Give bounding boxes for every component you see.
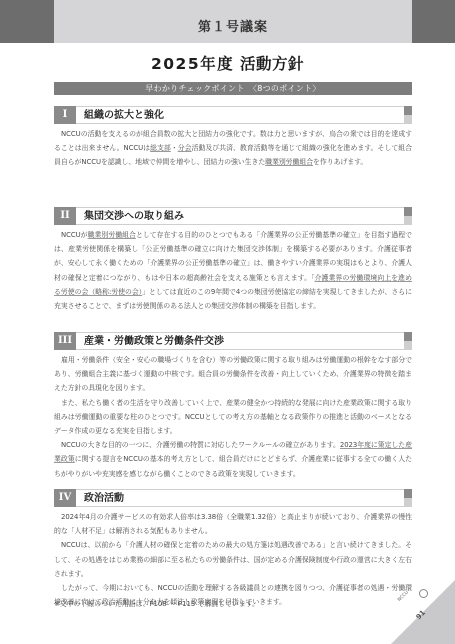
section-body-3: 雇用・労働条件（安全・安心の職場づくりを含む）等の労働政策に関する取り組みは労働…: [54, 353, 412, 481]
section-marker: [404, 498, 412, 507]
section-body-4: 2024年4月の介護サービスの有効求人倍率は3.38倍（全職業1.32倍）と高止…: [54, 510, 412, 609]
title-year: 2025年度: [151, 55, 234, 73]
section-body-1: NCCUの活動を支えるのが組合員数の拡大と団結力の強化です。数は力と思いますが、…: [54, 127, 412, 170]
paragraph: NCCUが職業別労働組合として存在する目的のひとつでもある「介護業界の公正労働基…: [54, 228, 412, 313]
section-numeral: I: [54, 106, 76, 124]
section-title: 組織の拡大と強化: [84, 107, 164, 124]
section-title: 産業・労働政策と労働条件交渉: [84, 333, 224, 350]
section-marker: [404, 216, 412, 225]
section-title: 政治活動: [84, 490, 124, 507]
paragraph: NCCUの活動を支えるのが組合員数の拡大と団結力の強化です。数は力と思いますが、…: [54, 127, 412, 170]
section-marker: [404, 489, 412, 498]
section-title: 集団交渉への取り組み: [84, 208, 184, 225]
glossary-term[interactable]: 職業別労働組合: [88, 231, 136, 239]
paragraph: 雇用・労働条件（安全・安心の職場づくりを含む）等の労働政策に関する取り組みは労働…: [54, 353, 412, 396]
section-numeral: II: [54, 207, 76, 225]
glossary-term[interactable]: 分会: [178, 144, 192, 152]
page-title: 2025年度 活動方針: [0, 52, 455, 74]
section-header-2: II 集団交渉への取り組み: [54, 207, 412, 225]
banner-right-block: [412, 0, 455, 43]
section-marker: [404, 207, 412, 216]
section-marker: [404, 341, 412, 350]
title-text: 活動方針: [240, 55, 304, 73]
paragraph: NCCUは、以前から「介護人材の確保と定着のための最大の処方箋は処遇改善である」…: [54, 538, 412, 581]
paragraph: 2024年4月の介護サービスの有効求人倍率は3.38倍（全職業1.32倍）と高止…: [54, 510, 412, 538]
section-header-3: III 産業・労働政策と労働条件交渉: [54, 332, 412, 350]
banner-left-block: [0, 0, 54, 43]
section-marker: [404, 106, 412, 115]
section-numeral: IV: [54, 489, 76, 507]
paragraph: NCCUの大きな目的の一つに、介護労働の特質に対応したワークルールの確立がありま…: [54, 438, 412, 481]
top-banner: 第１号議案: [0, 0, 455, 43]
section-header-1: I 組織の拡大と強化: [54, 106, 412, 124]
footnote: ※文中の下線のついた用語は、P108 ～ P113 で解説しています。: [54, 598, 259, 608]
section-marker: [404, 115, 412, 124]
paragraph: また、私たち働く者の生活を守り改善していく上で、産業の健全かつ持続的な発展に向け…: [54, 396, 412, 439]
section-marker: [404, 332, 412, 341]
glossary-term[interactable]: 職業別労働組合: [265, 158, 313, 166]
checkpoint-bar: 早わかりチェックポイント 〈8つのポイント〉: [54, 82, 412, 95]
section-header-4: IV 政治活動: [54, 489, 412, 507]
glossary-term[interactable]: 総支部: [150, 144, 171, 152]
section-numeral: III: [54, 332, 76, 350]
section-body-2: NCCUが職業別労働組合として存在する目的のひとつでもある「介護業界の公正労働基…: [54, 228, 412, 313]
proposal-label: 第１号議案: [54, 16, 412, 35]
logo-icon: [419, 589, 428, 598]
